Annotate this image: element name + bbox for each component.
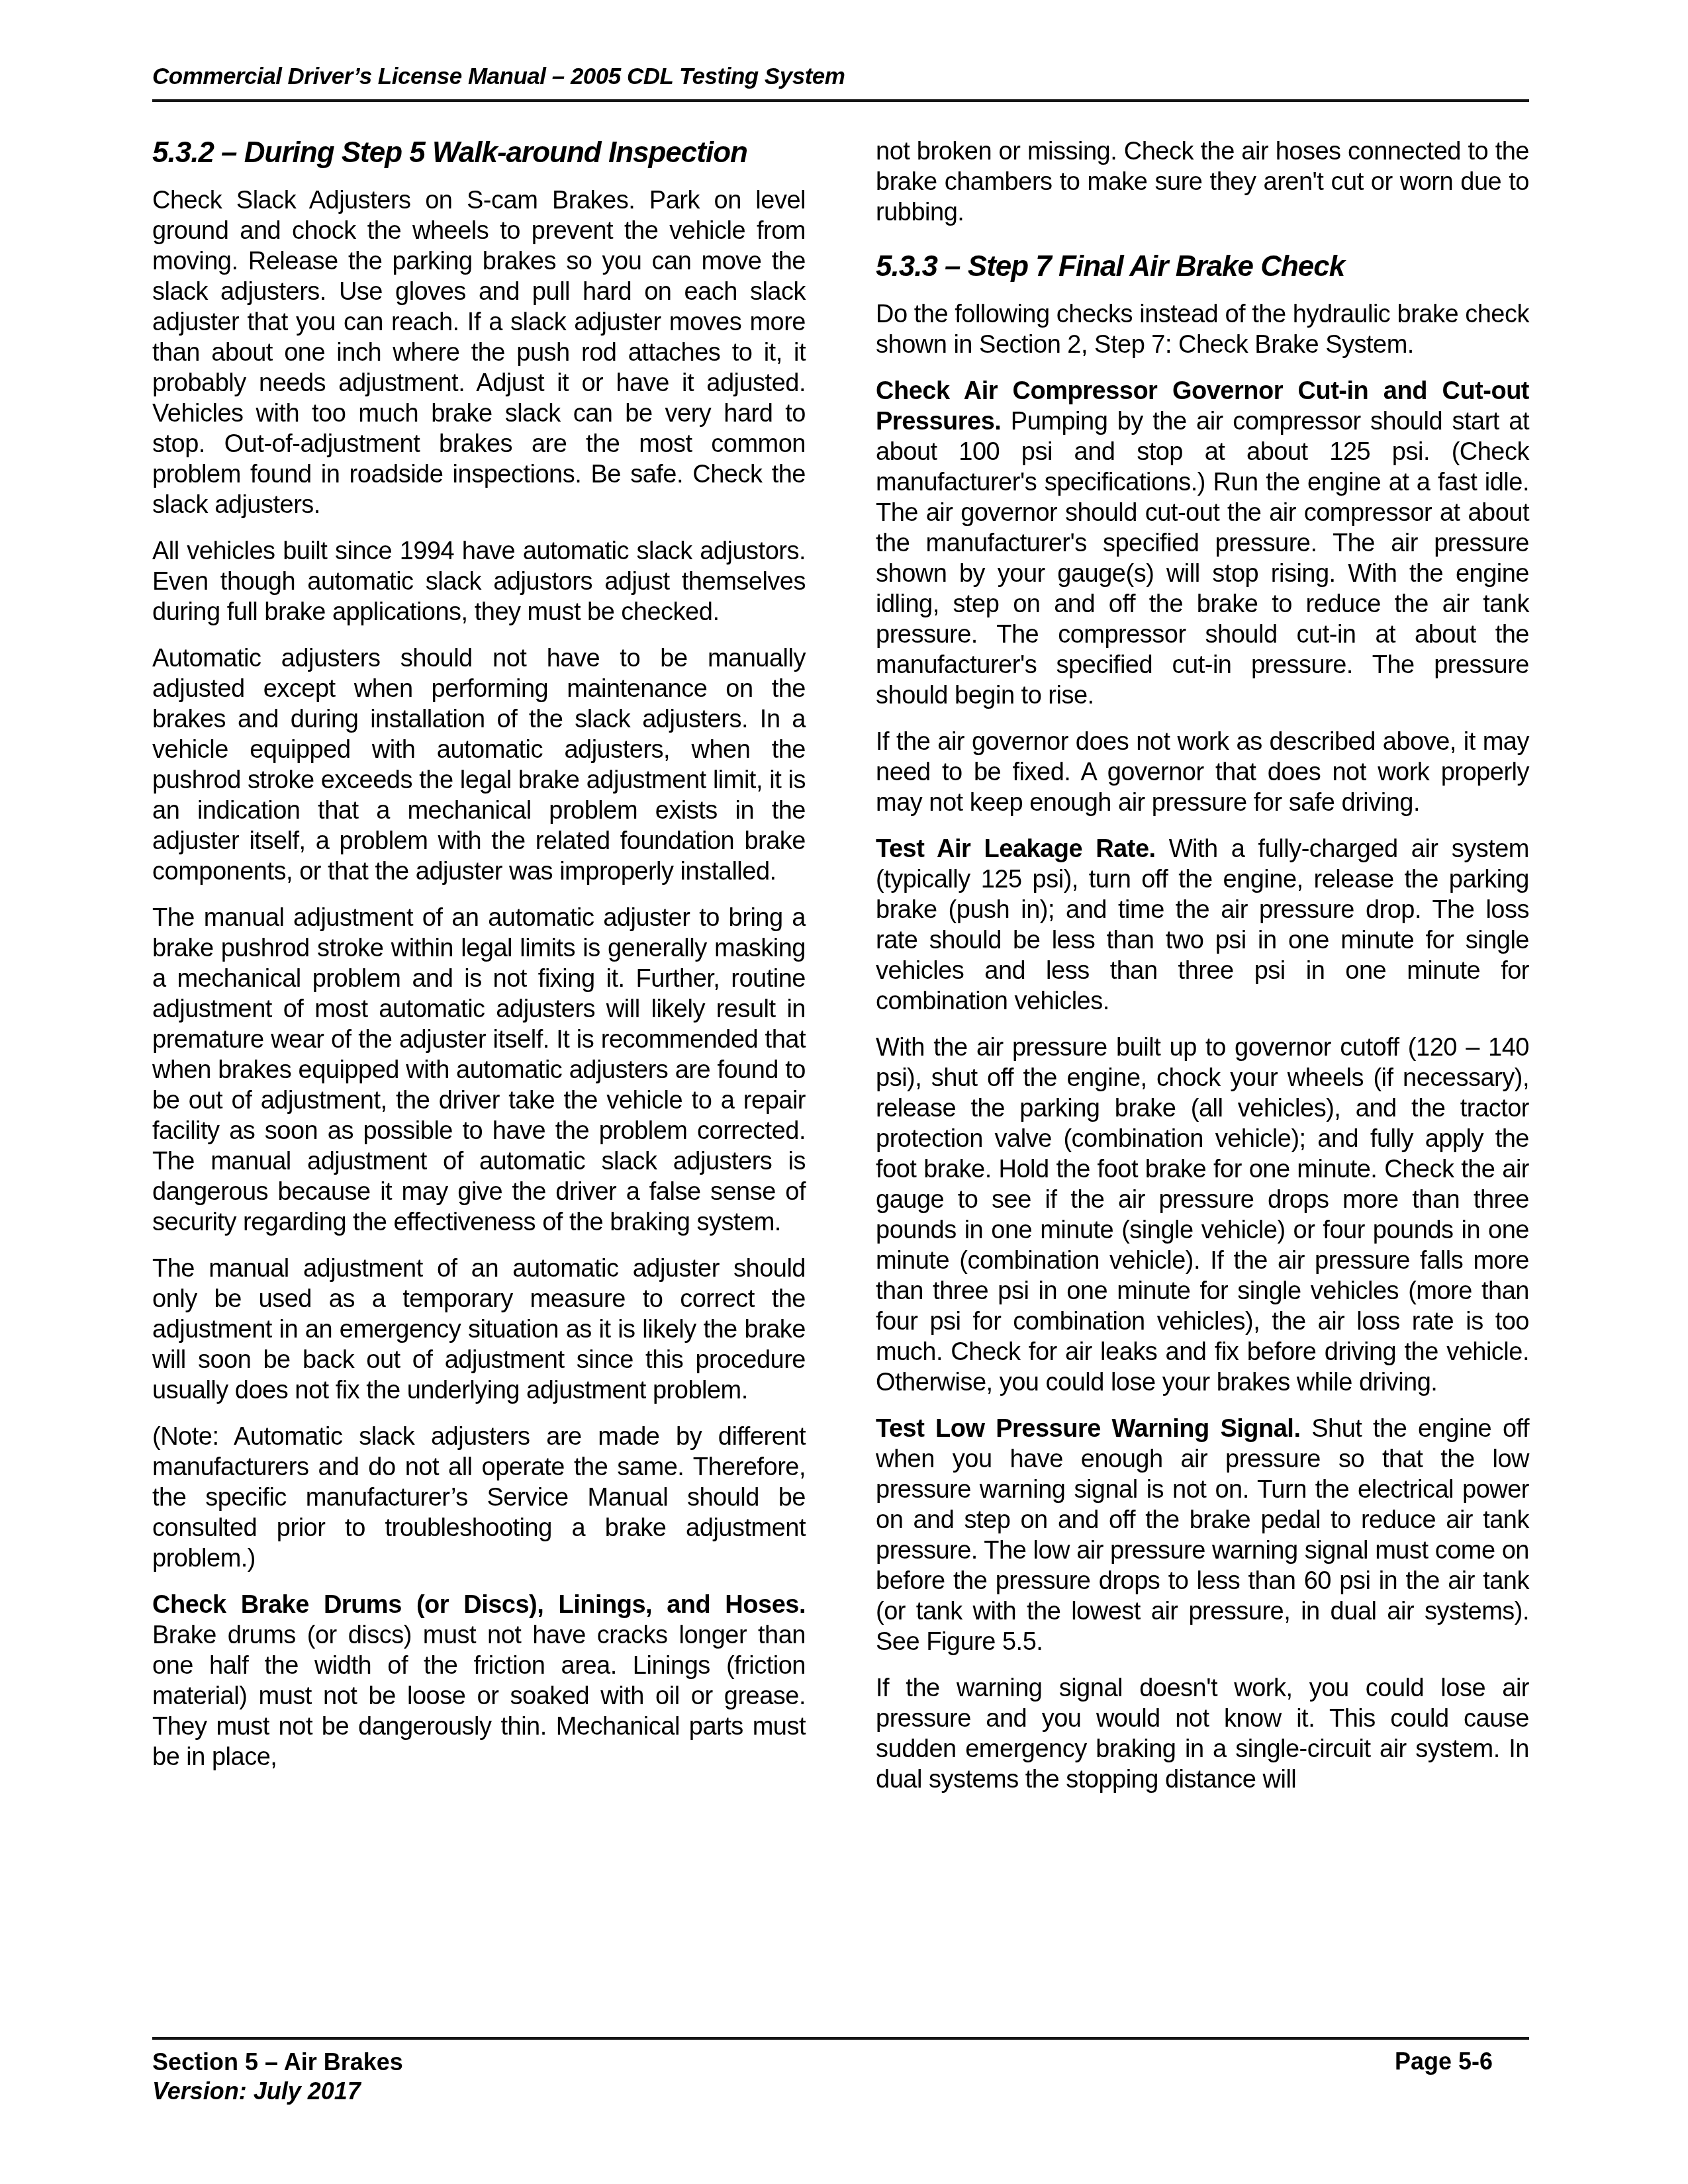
page-header: Commercial Driver’s License Manual – 200… <box>152 64 1529 102</box>
section-heading-5-3-2: 5.3.2 – During Step 5 Walk-around Inspec… <box>152 136 806 169</box>
bold-lead: Test Low Pressure Warning Signal. <box>876 1415 1300 1443</box>
paragraph-text: The manual adjustment of an automatic ad… <box>152 904 806 1236</box>
footer-section-label: Section 5 – Air Brakes <box>152 2048 403 2077</box>
footer-version-label: Version: July 2017 <box>152 2077 403 2106</box>
header-title: Commercial Driver’s License Manual – 200… <box>152 64 845 89</box>
footer-left: Section 5 – Air Brakes Version: July 201… <box>152 2048 403 2106</box>
paragraph-text: (Note: Automatic slack adjusters are mad… <box>152 1423 806 1572</box>
content-columns: 5.3.2 – During Step 5 Walk-around Inspec… <box>152 136 1529 1811</box>
paragraph: Test Low Pressure Warning Signal. Shut t… <box>876 1414 1529 1657</box>
paragraph: Check Slack Adjusters on S-cam Brakes. P… <box>152 185 806 520</box>
paragraph: (Note: Automatic slack adjusters are mad… <box>152 1422 806 1574</box>
paragraph: not broken or missing. Check the air hos… <box>876 136 1529 228</box>
paragraph-text: If the air governor does not work as des… <box>876 728 1529 817</box>
paragraph: Do the following checks instead of the h… <box>876 299 1529 360</box>
paragraph-text: If the warning signal doesn't work, you … <box>876 1674 1529 1794</box>
paragraph-text: Brake drums (or discs) must not have cra… <box>152 1621 806 1771</box>
paragraph-text: With the air pressure built up to govern… <box>876 1034 1529 1396</box>
right-column: not broken or missing. Check the air hos… <box>876 136 1529 1811</box>
bold-lead: Test Air Leakage Rate. <box>876 835 1156 863</box>
footer-page-number: Page 5-6 <box>1395 2048 1529 2075</box>
paragraph: The manual adjustment of an automatic ad… <box>152 903 806 1238</box>
paragraph: Automatic adjusters should not have to b… <box>152 643 806 887</box>
paragraph: With the air pressure built up to govern… <box>876 1032 1529 1398</box>
paragraph: Test Air Leakage Rate. With a fully-char… <box>876 834 1529 1017</box>
paragraph-text: Check Slack Adjusters on S-cam Brakes. P… <box>152 187 806 519</box>
paragraph-text: Pumping by the air compressor should sta… <box>876 408 1529 709</box>
page: { "header": { "title": "Commercial Drive… <box>0 0 1688 2184</box>
paragraph: The manual adjustment of an automatic ad… <box>152 1253 806 1406</box>
paragraph: If the warning signal doesn't work, you … <box>876 1673 1529 1795</box>
paragraph: All vehicles built since 1994 have autom… <box>152 536 806 627</box>
paragraph-text: The manual adjustment of an automatic ad… <box>152 1255 806 1404</box>
paragraph: If the air governor does not work as des… <box>876 727 1529 818</box>
paragraph: Check Air Compressor Governor Cut-in and… <box>876 376 1529 711</box>
paragraph-text: Shut the engine off when you have enough… <box>876 1415 1529 1656</box>
section-heading-5-3-3: 5.3.3 – Step 7 Final Air Brake Check <box>876 250 1529 283</box>
paragraph-text: not broken or missing. Check the air hos… <box>876 138 1529 226</box>
page-footer: Section 5 – Air Brakes Version: July 201… <box>152 2037 1529 2106</box>
paragraph-text: Automatic adjusters should not have to b… <box>152 645 806 886</box>
paragraph-text: All vehicles built since 1994 have autom… <box>152 537 806 626</box>
paragraph-text: Do the following checks instead of the h… <box>876 300 1529 359</box>
bold-lead: Check Brake Drums (or Discs), Linings, a… <box>152 1591 806 1619</box>
paragraph: Check Brake Drums (or Discs), Linings, a… <box>152 1590 806 1772</box>
left-column: 5.3.2 – During Step 5 Walk-around Inspec… <box>152 136 806 1811</box>
